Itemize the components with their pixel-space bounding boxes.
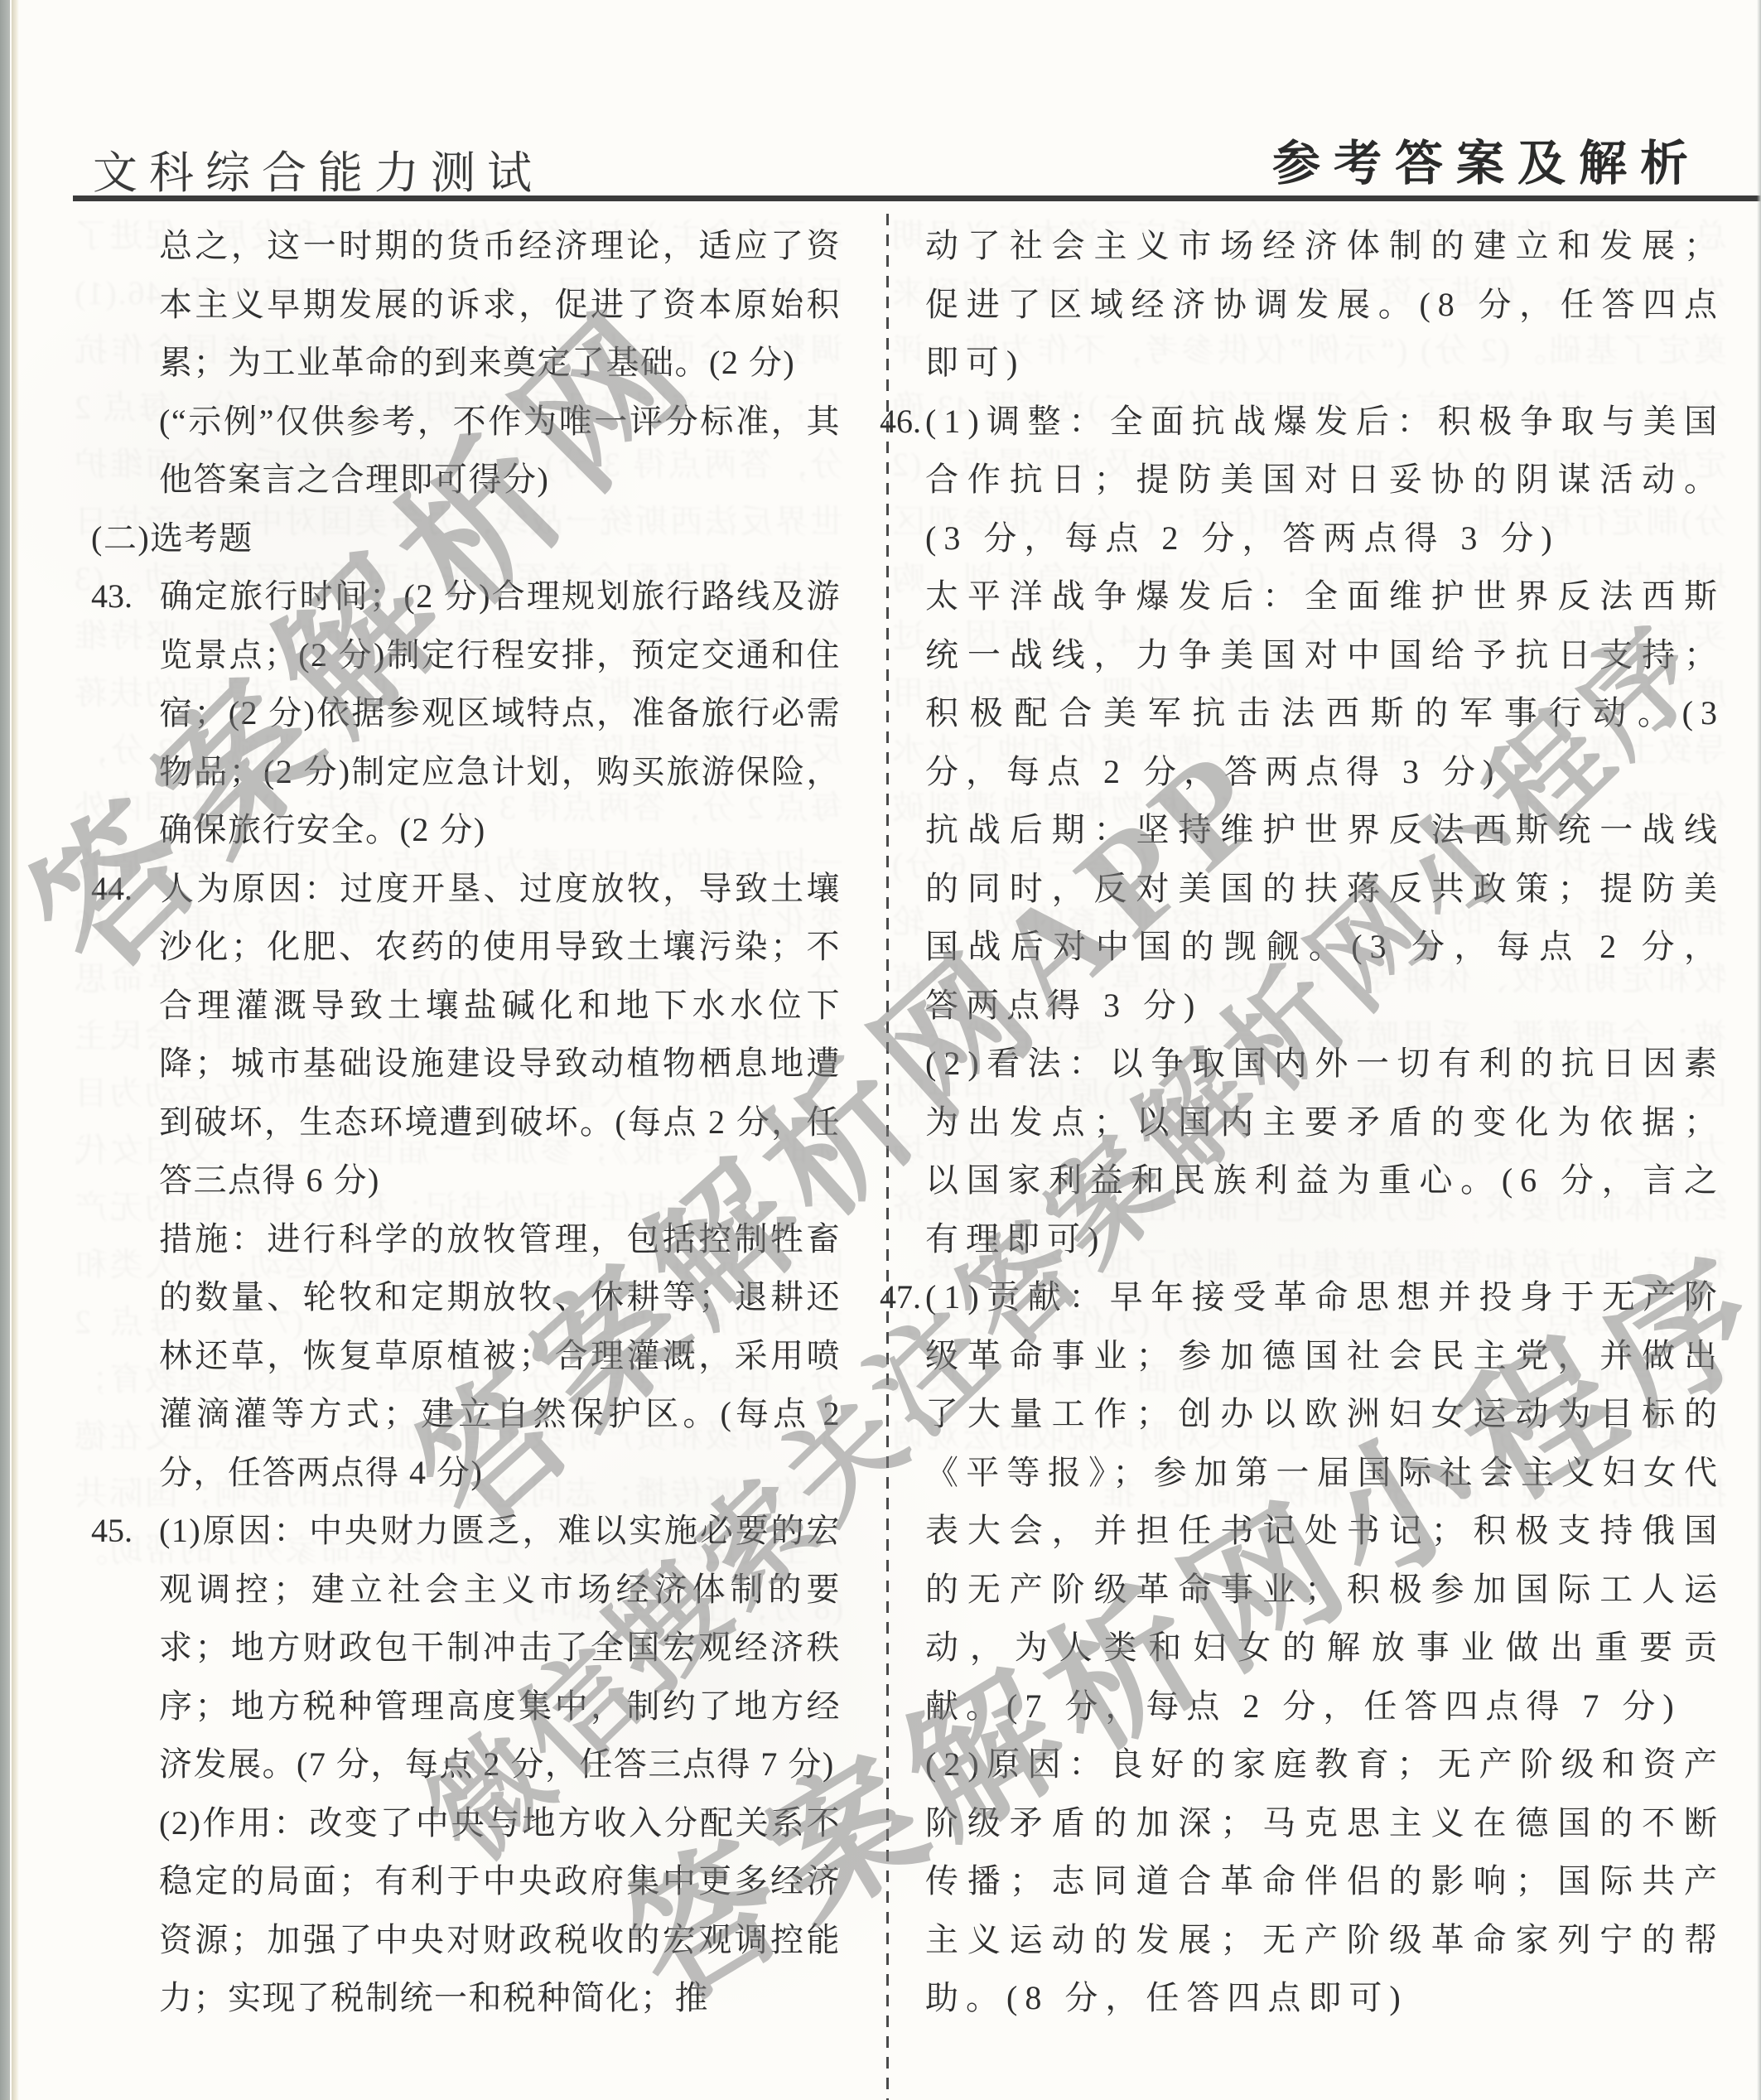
answer-item: 43.确定旅行时间；(2 分)合理规划旅行路线及游览景点；(2 分)制定行程安排…	[91, 567, 841, 860]
item-number: 47.	[880, 1268, 925, 1327]
answer-text: (1)贡献：早年接受革命思想并投身于无产阶级革命事业；参加德国社会民主党，并做出…	[925, 1278, 1725, 1725]
answer-paragraph: 太平洋战争爆发后：全面维护世界反法西斯统一战线，力争美国对中国给予抗日支持；积极…	[880, 567, 1725, 801]
answer-paragraph: (2)作用：改变了中央与地方收入分配关系不稳定的局面；有利于中央政府集中更多经济…	[91, 1794, 841, 2028]
answer-item: 46.(1)调整：全面抗战爆发后：积极争取与美国合作抗日；提防美国对日妥协的阴谋…	[880, 393, 1725, 568]
page-header-answer-title: 参考答案及解析	[1272, 124, 1701, 194]
answer-text: (2)原因：良好的家庭教育；无产阶级和资产阶级矛盾的加深；马克思主义在德国的不断…	[925, 1745, 1725, 2016]
scanned-answer-page: 动了社会主义市场经济体制的建立和发展；促进了区域经济协调发展。(8 分，任答四点…	[0, 0, 1761, 2100]
answer-text: (1)调整：全面抗战爆发后：积极争取与美国合作抗日；提防美国对日妥协的阴谋活动。…	[925, 403, 1725, 557]
answer-text: (2)看法：以争取国内外一切有利的抗日因素为出发点；以国内主要矛盾的变化为依据；…	[925, 1045, 1725, 1258]
section-heading: (二)选考题	[91, 509, 841, 568]
answer-paragraph: 措施：进行科学的放牧管理，包括控制牲畜的数量、轮牧和定期放牧、休耕等；退耕还林还…	[91, 1210, 841, 1503]
answer-text: 抗战后期：坚持维护世界反法西斯统一战线的同时，反对美国的扶蒋反共政策；提防美国战…	[925, 811, 1725, 1024]
answer-item: 47.(1)贡献：早年接受革命思想并投身于无产阶级革命事业；参加德国社会民主党，…	[880, 1268, 1725, 1736]
answer-paragraph: (2)原因：良好的家庭教育；无产阶级和资产阶级矛盾的加深；马克思主义在德国的不断…	[880, 1736, 1725, 2028]
scan-edge-left	[0, 0, 10, 2100]
right-column: 动了社会主义市场经济体制的建立和发展；促进了区域经济协调发展。(8 分，任答四点…	[880, 217, 1725, 2028]
answer-text: (2)作用：改变了中央与地方收入分配关系不稳定的局面；有利于中央政府集中更多经济…	[159, 1804, 841, 2017]
page-header-subject-title: 文科综合能力测试	[93, 138, 543, 201]
answer-paragraph: (2)看法：以争取国内外一切有利的抗日因素为出发点；以国内主要矛盾的变化为依据；…	[880, 1035, 1725, 1268]
item-number: 45.	[91, 1502, 159, 1561]
paper-torn-edge	[12, 0, 19, 2100]
answer-text: (1)原因：中央财力匮乏，难以实施必要的宏观调控；建立社会主义市场经济体制的要求…	[159, 1512, 841, 1783]
answer-text: 措施：进行科学的放牧管理，包括控制牲畜的数量、轮牧和定期放牧、休耕等；退耕还林还…	[159, 1220, 841, 1491]
header-rule	[73, 196, 1761, 201]
answer-text: 动了社会主义市场经济体制的建立和发展；促进了区域经济协调发展。(8 分，任答四点…	[925, 227, 1725, 381]
answer-text: 总之，这一时期的货币经济理论，适应了资本主义早期发展的诉求，促进了资本原始积累；…	[159, 227, 841, 381]
answer-text: (“示例”仅供参考，不作为唯一评分标准，其他答案言之合理即可得分)	[159, 403, 841, 499]
answer-text: 太平洋战争爆发后：全面维护世界反法西斯统一战线，力争美国对中国给予抗日支持；积极…	[925, 577, 1725, 790]
left-column: 总之，这一时期的货币经济理论，适应了资本主义早期发展的诉求，促进了资本原始积累；…	[91, 217, 841, 2028]
answer-paragraph: 总之，这一时期的货币经济理论，适应了资本主义早期发展的诉求，促进了资本原始积累；…	[91, 217, 841, 393]
answer-paragraph: 动了社会主义市场经济体制的建立和发展；促进了区域经济协调发展。(8 分，任答四点…	[880, 217, 1725, 393]
item-number: 43.	[91, 567, 159, 626]
answer-paragraph: (“示例”仅供参考，不作为唯一评分标准，其他答案言之合理即可得分)	[91, 393, 841, 509]
scan-edge-right	[1757, 0, 1761, 2100]
answer-paragraph: 抗战后期：坚持维护世界反法西斯统一战线的同时，反对美国的扶蒋反共政策；提防美国战…	[880, 801, 1725, 1035]
answer-text: (二)选考题	[91, 519, 253, 557]
answer-item: 45.(1)原因：中央财力匮乏，难以实施必要的宏观调控；建立社会主义市场经济体制…	[91, 1502, 841, 1794]
answer-text: 人为原因：过度开垦、过度放牧，导致土壤沙化；化肥、农药的使用导致土壤污染；不合理…	[159, 870, 841, 1200]
answer-item: 44.人为原因：过度开垦、过度放牧，导致土壤沙化；化肥、农药的使用导致土壤污染；…	[91, 860, 841, 1210]
item-number: 44.	[91, 860, 159, 919]
answer-text: 确定旅行时间；(2 分)合理规划旅行路线及游览景点；(2 分)制定行程安排，预定…	[159, 577, 841, 848]
item-number: 46.	[880, 393, 925, 451]
